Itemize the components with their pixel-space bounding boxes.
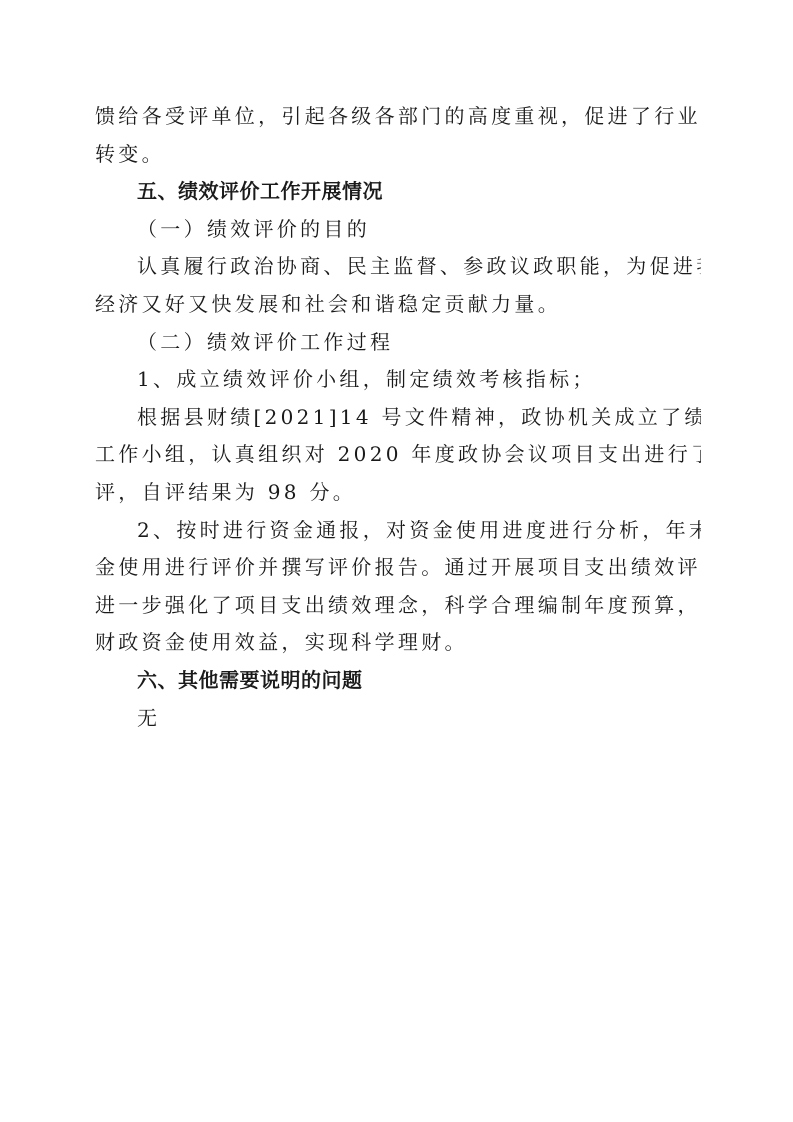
paragraph-line: 无	[95, 700, 701, 738]
subsection-heading-2: （二）绩效评价工作过程	[95, 324, 701, 362]
document-page: 馈给各受评单位，引起各级各部门的高度重视，促进了行业作风 转变。 五、绩效评价工…	[95, 98, 701, 737]
paragraph-line: 金使用进行评价并撰写评价报告。通过开展项目支出绩效评价，	[95, 549, 701, 587]
paragraph-line: 评，自评结果为 98 分。	[95, 474, 701, 512]
list-item-1: 1、成立绩效评价小组，制定绩效考核指标；	[95, 361, 701, 399]
list-item-2: 2、按时进行资金通报，对资金使用进度进行分析，年末对资	[95, 512, 701, 550]
paragraph-line: 认真履行政治协商、民主监督、参政议政职能，为促进我县	[95, 248, 701, 286]
section-heading-6: 六、其他需要说明的问题	[95, 662, 701, 700]
paragraph-line: 根据县财绩[2021]14 号文件精神，政协机关成立了绩效评价	[95, 399, 701, 437]
paragraph-line: 转变。	[95, 136, 701, 174]
section-heading-5: 五、绩效评价工作开展情况	[95, 173, 701, 211]
subsection-heading-1: （一）绩效评价的目的	[95, 211, 701, 249]
paragraph-line: 工作小组，认真组织对 2020 年度政协会议项目支出进行了绩效自	[95, 436, 701, 474]
paragraph-line: 进一步强化了项目支出绩效理念，科学合理编制年度预算，提高	[95, 587, 701, 625]
paragraph-line: 馈给各受评单位，引起各级各部门的高度重视，促进了行业作风	[95, 98, 701, 136]
paragraph-line: 经济又好又快发展和社会和谐稳定贡献力量。	[95, 286, 701, 324]
paragraph-line: 财政资金使用效益，实现科学理财。	[95, 624, 701, 662]
